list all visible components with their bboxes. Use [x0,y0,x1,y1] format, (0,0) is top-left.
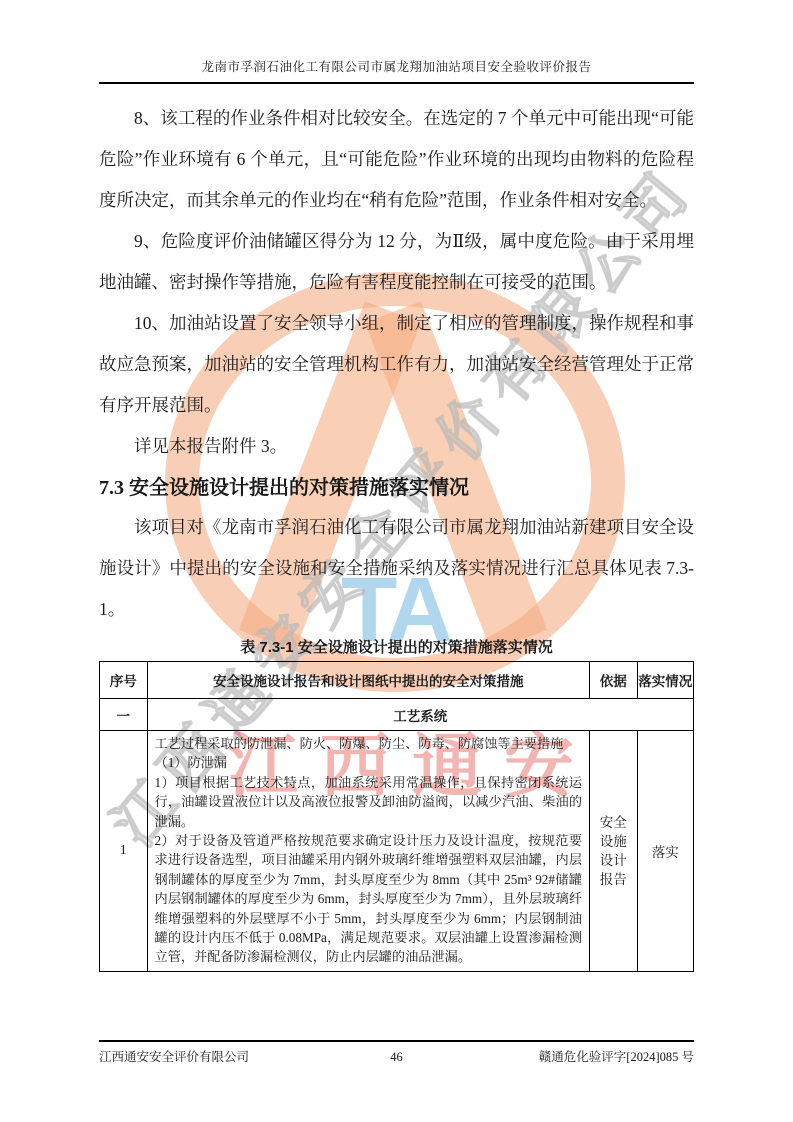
footer-company: 江西通安安全评价有限公司 [99,1047,390,1065]
table-row: 1 工艺过程采取的防泄漏、防火、防爆、防尘、防毒、防腐蚀等主要措施 （1）防泄漏… [100,731,694,972]
paragraph-see-attachment: 详见本报告附件 3。 [99,426,694,467]
column-header-status: 落实情况 [637,662,693,699]
report-title: 龙南市孚润石油化工有限公司市属龙翔加油站项目安全验收评价报告 [99,57,694,75]
footer-row: 江西通安安全评价有限公司 46 赣通危化验评字[2024]085 号 [99,1042,694,1065]
table-title: 表 7.3-1 安全设施设计提出的对策措施落实情况 [99,636,694,657]
table-section-row: 一 工艺系统 [100,699,694,731]
paragraph-9: 9、危险度评价油储罐区得分为 12 分，为Ⅱ级，属中度危险。由于采用埋地油罐、密… [99,221,694,303]
paragraph-10: 10、加油站设置了安全领导小组，制定了相应的管理制度，操作规程和事故应急预案，加… [99,303,694,426]
page-content: 龙南市孚润石油化工有限公司市属龙翔加油站项目安全验收评价报告 8、该工程的作业条… [0,0,793,972]
row-measure-cell: 工艺过程采取的防泄漏、防火、防爆、防尘、防毒、防腐蚀等主要措施 （1）防泄漏 1… [147,731,590,972]
column-header-basis: 依据 [590,662,638,699]
row-status-cell: 落实 [637,731,693,972]
section-heading-7-3: 7.3 安全设施设计提出的对策措施落实情况 [99,469,694,507]
table-header-row: 序号 安全设施设计报告和设计图纸中提出的安全对策措施 依据 落实情况 [100,662,694,699]
column-header-no: 序号 [100,662,148,699]
page-header: 龙南市孚润石油化工有限公司市属龙翔加油站项目安全验收评价报告 [99,0,694,84]
document-body: 8、该工程的作业条件相对比较安全。在选定的 7 个单元中可能出现“可能危险”作业… [99,84,694,972]
measures-table: 序号 安全设施设计报告和设计图纸中提出的安全对策措施 依据 落实情况 一 工艺系… [99,661,694,972]
section-row-no: 一 [100,699,148,731]
row-no-cell: 1 [100,731,148,972]
paragraph-8: 8、该工程的作业条件相对比较安全。在选定的 7 个单元中可能出现“可能危险”作业… [99,98,694,221]
page-number: 46 [390,1050,403,1065]
column-header-measure: 安全设施设计报告和设计图纸中提出的安全对策措施 [147,662,590,699]
section-intro-paragraph: 该项目对《龙南市孚润石油化工有限公司市属龙翔加油站新建项目安全设施设计》中提出的… [99,507,694,630]
row-basis-cell: 安全 设施 设计 报告 [590,731,638,972]
footer-doc-number: 赣通危化验评字[2024]085 号 [403,1047,694,1065]
section-row-label: 工艺系统 [147,699,693,731]
page-footer: 江西通安安全评价有限公司 46 赣通危化验评字[2024]085 号 [99,1040,694,1065]
document-page: TA 江西通安安全评价有限公司 江西通安 龙南市孚润石油化工有限公司市属龙翔加油… [0,0,793,1122]
